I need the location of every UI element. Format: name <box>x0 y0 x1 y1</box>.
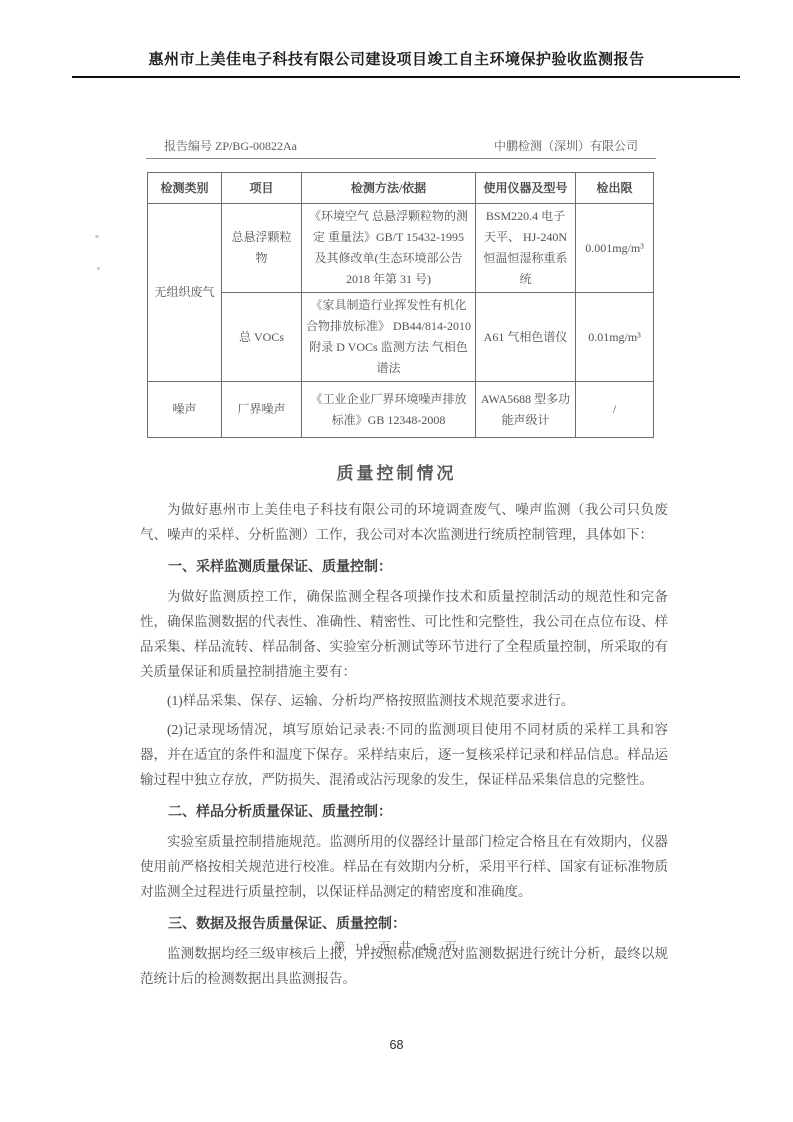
col-header-item: 项目 <box>222 173 302 204</box>
subsection-heading-3: 三、数据及报告质量保证、质量控制： <box>140 912 668 937</box>
table-row: 噪声 厂界噪声 《工业企业厂界环境噪声排放标准》GB 12348-2008 AW… <box>148 382 654 438</box>
cell-category-noise: 噪声 <box>148 382 222 438</box>
cell-limit-noise: / <box>576 382 654 438</box>
report-meta-row: 报告编号 ZP/BG-00822Aa 中鹏检测（深圳）有限公司 <box>148 137 656 154</box>
scan-speck <box>95 235 99 238</box>
cell-method-vocs: 《家具制造行业挥发性有机化合物排放标准》 DB44/814-2010 附录 D … <box>302 293 476 382</box>
intro-paragraph: 为做好惠州市上美佳电子科技有限公司的环境调查废气、噪声监测（我公司只负废气、噪声… <box>140 497 668 547</box>
cell-instrument-noise: AWA5688 型多功能声级计 <box>476 382 576 438</box>
document-page: 惠州市上美佳电子科技有限公司建设项目竣工自主环境保护验收监测报告 报告编号 ZP… <box>0 0 793 1122</box>
cell-limit-vocs: 0.01mg/m³ <box>576 293 654 382</box>
cell-method-tsp: 《环境空气 总悬浮颗粒物的测定 重量法》GB/T 15432-1995 及其修改… <box>302 204 476 293</box>
col-header-limit: 检出限 <box>576 173 654 204</box>
monitoring-method-table: 检测类别 项目 检测方法/依据 使用仪器及型号 检出限 无组织废气 总悬浮颗粒物… <box>147 172 654 438</box>
document-page-number: 68 <box>0 1038 793 1052</box>
paragraph-item-2: (2)记录现场情况，填写原始记录表:不同的监测项目使用不同材质的采样工具和容器，… <box>140 717 668 792</box>
paragraph-sampling-qc: 为做好监测质控工作，确保监测全程各项操作技术和质量控制活动的规范性和完备性，确保… <box>140 584 668 684</box>
report-header-title: 惠州市上美佳电子科技有限公司建设项目竣工自主环境保护验收监测报告 <box>0 48 793 69</box>
paragraph-item-1: (1)样品采集、保存、运输、分析均严格按照监测技术规范要求进行。 <box>140 688 668 713</box>
section-body: 为做好惠州市上美佳电子科技有限公司的环境调查废气、噪声监测（我公司只负废气、噪声… <box>140 497 668 995</box>
paragraph-lab-qc: 实验室质量控制措施规范。监测所用的仪器经计量部门检定合格且在有效期内，仪器使用前… <box>140 829 668 904</box>
cell-item-noise: 厂界噪声 <box>222 382 302 438</box>
table-header-row: 检测类别 项目 检测方法/依据 使用仪器及型号 检出限 <box>148 173 654 204</box>
cell-category-fugitive-gas: 无组织废气 <box>148 204 222 382</box>
cell-limit-tsp: 0.001mg/m³ <box>576 204 654 293</box>
col-header-category: 检测类别 <box>148 173 222 204</box>
cell-instrument-tsp: BSM220.4 电子天平、 HJ-240N 恒温恒湿称重系统 <box>476 204 576 293</box>
table-row: 无组织废气 总悬浮颗粒物 《环境空气 总悬浮颗粒物的测定 重量法》GB/T 15… <box>148 204 654 293</box>
scan-speck <box>97 267 100 270</box>
cell-item-vocs: 总 VOCs <box>222 293 302 382</box>
subsection-heading-1: 一、采样监测质量保证、质量控制： <box>140 555 668 580</box>
cell-method-noise: 《工业企业厂界环境噪声排放标准》GB 12348-2008 <box>302 382 476 438</box>
lab-company-name: 中鹏检测（深圳）有限公司 <box>494 137 656 154</box>
subsection-heading-2: 二、样品分析质量保证、质量控制： <box>140 800 668 825</box>
report-page-indicator: 第 10 页 共 45 页 <box>0 938 793 955</box>
report-number: 报告编号 ZP/BG-00822Aa <box>148 137 297 154</box>
header-rule <box>72 76 740 78</box>
section-title: 质量控制情况 <box>0 459 793 484</box>
cell-instrument-vocs: A61 气相色谱仪 <box>476 293 576 382</box>
col-header-instrument: 使用仪器及型号 <box>476 173 576 204</box>
cell-item-tsp: 总悬浮颗粒物 <box>222 204 302 293</box>
table-row: 总 VOCs 《家具制造行业挥发性有机化合物排放标准》 DB44/814-201… <box>148 293 654 382</box>
col-header-method: 检测方法/依据 <box>302 173 476 204</box>
report-meta-rule <box>146 158 656 159</box>
